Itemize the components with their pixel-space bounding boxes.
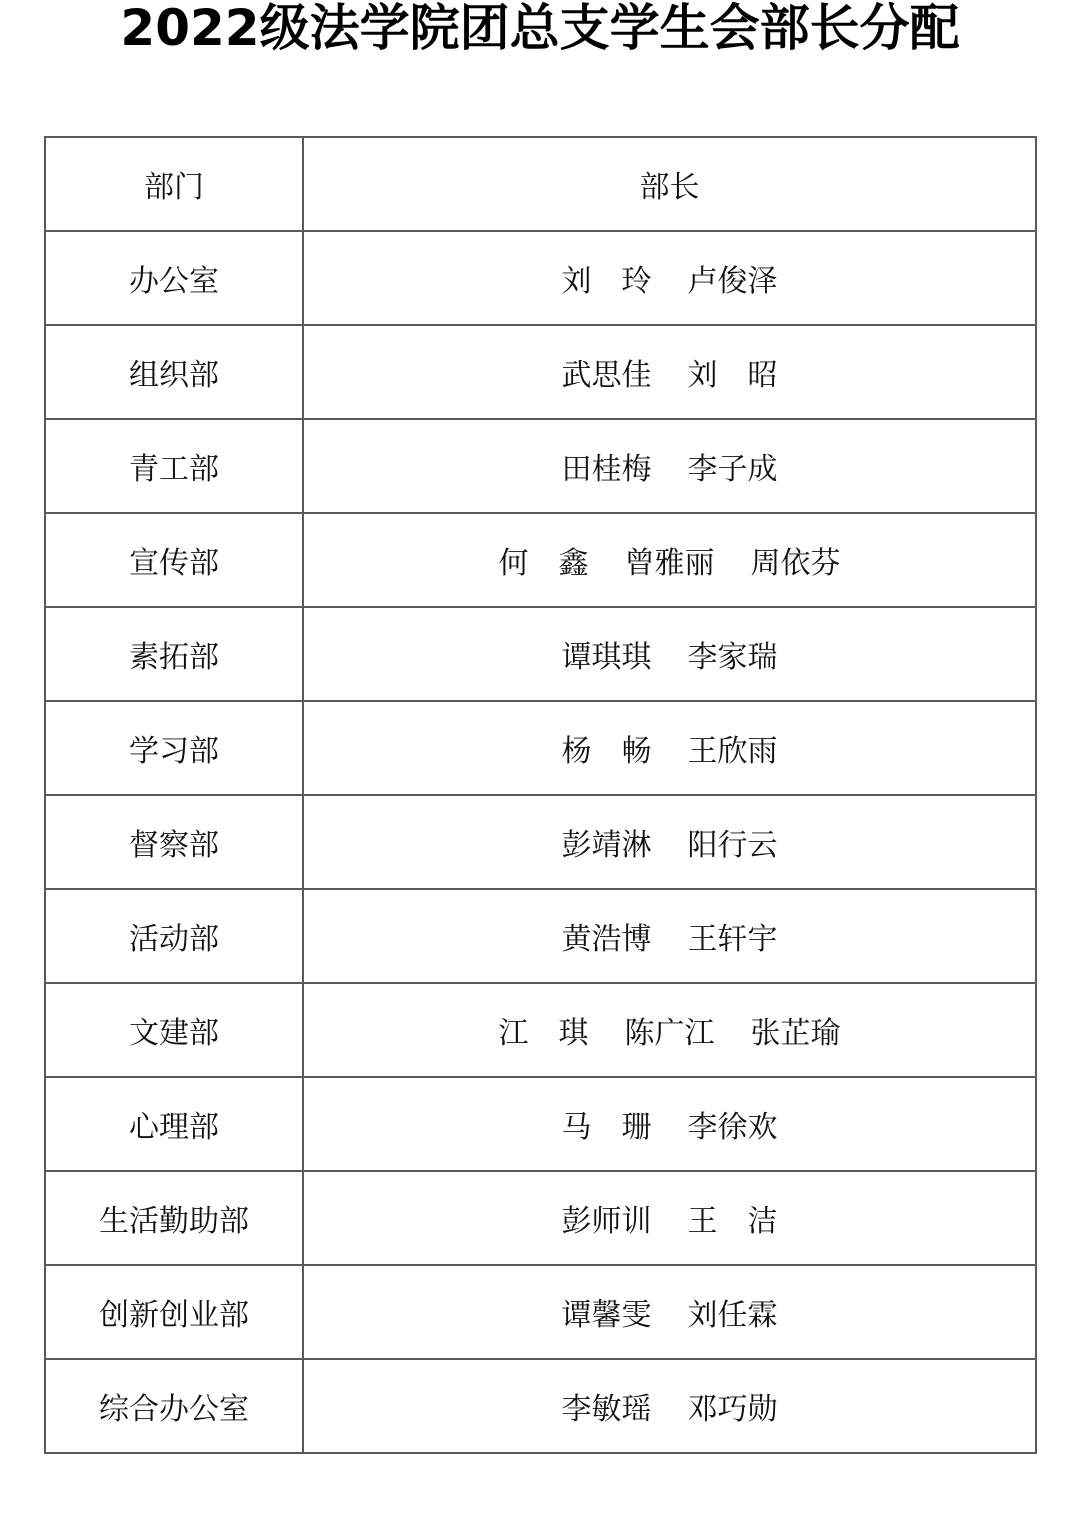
ministers-cell: 彭师训 王 洁 [303, 1171, 1036, 1265]
document-title: 2022级法学院团总支学生会部长分配 [0, 0, 1080, 56]
department-cell: 创新创业部 [45, 1265, 303, 1359]
table-row: 宣传部 何 鑫 曾雅丽 周依芬 [45, 513, 1036, 607]
minister-name: 何 鑫 [499, 538, 589, 582]
department-cell: 督察部 [45, 795, 303, 889]
ministers-cell: 谭琪琪 李家瑞 [303, 607, 1036, 701]
minister-name: 王轩宇 [688, 914, 778, 958]
minister-name: 李家瑞 [688, 632, 778, 676]
table-row: 生活勤助部 彭师训 王 洁 [45, 1171, 1036, 1265]
minister-name: 阳行云 [688, 820, 778, 864]
minister-name: 田桂梅 [562, 444, 652, 488]
minister-name: 刘 玲 [562, 256, 652, 300]
minister-name: 李徐欢 [688, 1102, 778, 1146]
ministers-cell: 江 琪 陈广江 张芷瑜 [303, 983, 1036, 1077]
minister-name: 杨 畅 [562, 726, 652, 770]
minister-assignment-table: 部门 部长 办公室 刘 玲 卢俊泽 组织部 武思佳 刘 昭 青工部 [44, 136, 1037, 1454]
ministers-cell: 李敏瑶 邓巧勋 [303, 1359, 1036, 1453]
minister-name: 邓巧勋 [688, 1384, 778, 1428]
minister-name: 王 洁 [688, 1196, 778, 1240]
ministers-cell: 彭靖淋 阳行云 [303, 795, 1036, 889]
department-cell: 综合办公室 [45, 1359, 303, 1453]
minister-name: 卢俊泽 [688, 256, 778, 300]
ministers-cell: 杨 畅 王欣雨 [303, 701, 1036, 795]
minister-name: 曾雅丽 [625, 538, 715, 582]
minister-name: 张芷瑜 [751, 1008, 841, 1052]
table-row: 创新创业部 谭馨雯 刘任霖 [45, 1265, 1036, 1359]
minister-name: 黄浩博 [562, 914, 652, 958]
column-header-department: 部门 [45, 137, 303, 231]
minister-name: 陈广江 [625, 1008, 715, 1052]
minister-name: 彭师训 [562, 1196, 652, 1240]
minister-name: 谭琪琪 [562, 632, 652, 676]
table-row: 青工部 田桂梅 李子成 [45, 419, 1036, 513]
department-cell: 青工部 [45, 419, 303, 513]
department-cell: 办公室 [45, 231, 303, 325]
ministers-cell: 刘 玲 卢俊泽 [303, 231, 1036, 325]
minister-name: 李子成 [688, 444, 778, 488]
table-row: 文建部 江 琪 陈广江 张芷瑜 [45, 983, 1036, 1077]
table-row: 学习部 杨 畅 王欣雨 [45, 701, 1036, 795]
minister-name: 王欣雨 [688, 726, 778, 770]
ministers-cell: 武思佳 刘 昭 [303, 325, 1036, 419]
department-cell: 组织部 [45, 325, 303, 419]
ministers-cell: 马 珊 李徐欢 [303, 1077, 1036, 1171]
table-row: 素拓部 谭琪琪 李家瑞 [45, 607, 1036, 701]
minister-name: 刘任霖 [688, 1290, 778, 1334]
department-cell: 学习部 [45, 701, 303, 795]
department-cell: 活动部 [45, 889, 303, 983]
table-row: 心理部 马 珊 李徐欢 [45, 1077, 1036, 1171]
minister-name: 马 珊 [562, 1102, 652, 1146]
table-row: 办公室 刘 玲 卢俊泽 [45, 231, 1036, 325]
minister-name: 江 琪 [499, 1008, 589, 1052]
column-header-minister: 部长 [303, 137, 1036, 231]
minister-name: 武思佳 [562, 350, 652, 394]
department-cell: 素拓部 [45, 607, 303, 701]
table-row: 综合办公室 李敏瑶 邓巧勋 [45, 1359, 1036, 1453]
ministers-cell: 何 鑫 曾雅丽 周依芬 [303, 513, 1036, 607]
department-cell: 生活勤助部 [45, 1171, 303, 1265]
ministers-cell: 田桂梅 李子成 [303, 419, 1036, 513]
table-row: 督察部 彭靖淋 阳行云 [45, 795, 1036, 889]
table-row: 组织部 武思佳 刘 昭 [45, 325, 1036, 419]
department-cell: 心理部 [45, 1077, 303, 1171]
ministers-cell: 谭馨雯 刘任霖 [303, 1265, 1036, 1359]
minister-name: 李敏瑶 [562, 1384, 652, 1428]
minister-name: 周依芬 [751, 538, 841, 582]
department-cell: 文建部 [45, 983, 303, 1077]
department-cell: 宣传部 [45, 513, 303, 607]
table-header-row: 部门 部长 [45, 137, 1036, 231]
minister-name: 刘 昭 [688, 350, 778, 394]
table-row: 活动部 黄浩博 王轩宇 [45, 889, 1036, 983]
minister-name: 谭馨雯 [562, 1290, 652, 1334]
ministers-cell: 黄浩博 王轩宇 [303, 889, 1036, 983]
minister-name: 彭靖淋 [562, 820, 652, 864]
